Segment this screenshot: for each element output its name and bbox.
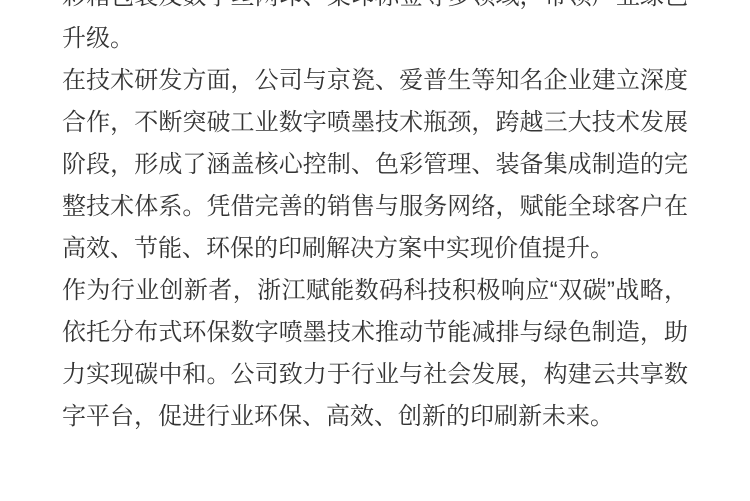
paragraph-clipped-top: 彩箱包装及数字丝网印、柔印标签等多领域，带领产业绿色升级。 [62,0,688,60]
paragraph-innovation: 作为行业创新者，浙江赋能数码科技积极响应“双碳”战略，依托分布式环保数字喷墨技术… [62,270,688,438]
paragraph-technology: 在技术研发方面，公司与京瓷、爱普生等知名企业建立深度合作，不断突破工业数字喷墨技… [62,60,688,270]
page: { "page": { "background_color": "#ffffff… [0,0,750,501]
article-text: 彩箱包装及数字丝网印、柔印标签等多领域，带领产业绿色升级。 在技术研发方面，公司… [62,0,688,438]
